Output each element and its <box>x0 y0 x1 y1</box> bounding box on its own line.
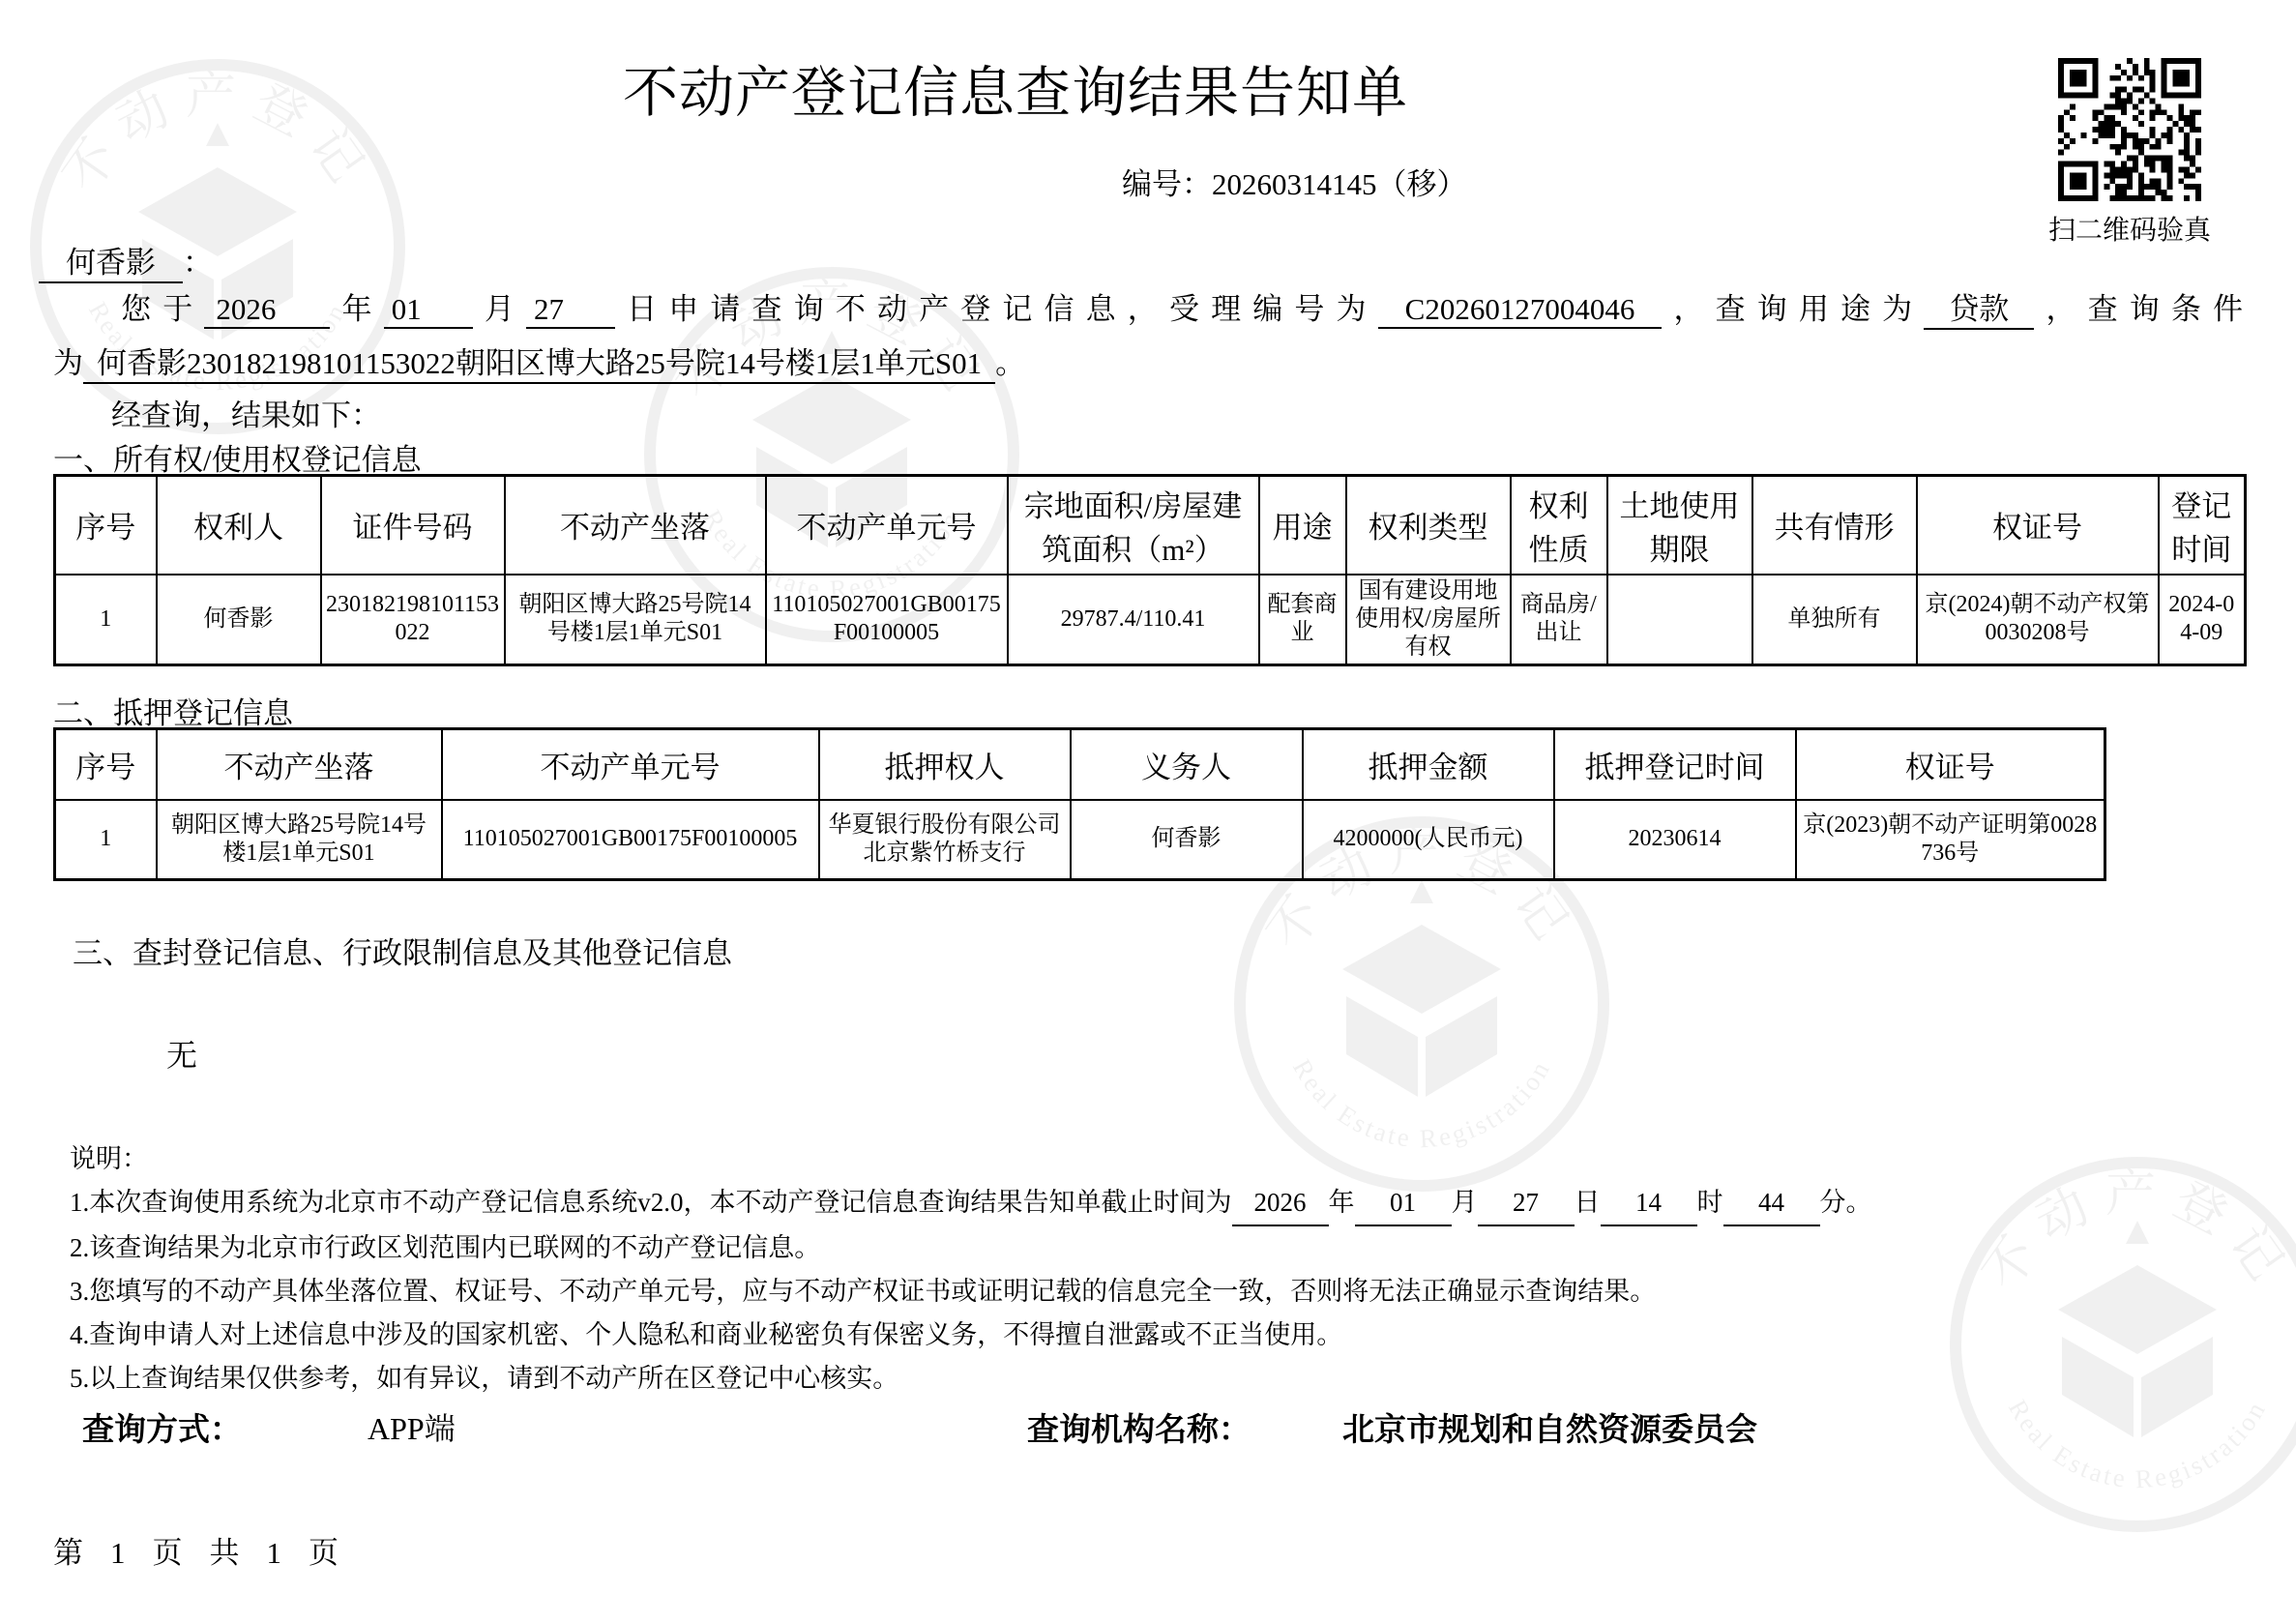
column-header: 序号 <box>55 729 157 800</box>
table-row: 1朝阳区博大路25号院14号楼1层1单元S01110105027001GB001… <box>55 800 2105 880</box>
section3-heading: 三、查封登记信息、行政限制信息及其他登记信息 <box>73 929 732 972</box>
table-cell: 京(2023)朝不动产证明第0028736号 <box>1796 800 2105 880</box>
note-text: 年 <box>1329 1188 1355 1217</box>
section2-heading: 二、抵押登记信息 <box>53 689 293 732</box>
note-text: 时 <box>1697 1188 1723 1217</box>
table-cell: 29787.4/110.41 <box>1008 575 1259 665</box>
table-cell: 京(2024)朝不动产权第0030208号 <box>1917 575 2159 665</box>
notes-title: 说明： <box>70 1137 2265 1181</box>
note-1: 1.本次查询使用系统为北京市不动产登记信息系统v2.0，本不动产登记信息查询结果… <box>70 1181 2265 1226</box>
document-number: 编号：20260314145（移） <box>1122 160 1467 203</box>
note-2: 2.该查询结果为北京市行政区划范围内已联网的不动产登记信息。 <box>70 1226 2265 1270</box>
table-cell: 110105027001GB00175F00100005 <box>442 800 819 880</box>
column-header: 不动产坐落 <box>505 476 766 575</box>
table-cell: 20230614 <box>1554 800 1796 880</box>
column-header: 不动产单元号 <box>442 729 819 800</box>
query-agency-label: 查询机构名称： <box>1027 1404 1251 1450</box>
query-method-label: 查询方式： <box>82 1404 242 1450</box>
pageno-text: 页 <box>153 1536 185 1570</box>
note-4: 4.查询申请人对上述信息中涉及的国家机密、个人隐私和商业秘密负有保密义务，不得擅… <box>70 1313 2265 1357</box>
column-header: 序号 <box>55 476 157 575</box>
column-header: 共有情形 <box>1752 476 1917 575</box>
column-header: 权利人 <box>157 476 321 575</box>
column-header: 用途 <box>1259 476 1346 575</box>
column-header: 权证号 <box>1917 476 2159 575</box>
apply-year: 2026 <box>204 292 330 329</box>
apply-day: 27 <box>526 292 615 329</box>
intro-line-1: 您于2026年01月27日申请查询不动产登记信息，受理编号为C202601270… <box>53 284 2243 330</box>
intro-text: ，查询条件 <box>2034 292 2243 326</box>
salutation: 何香影： <box>39 238 213 283</box>
document-number-value: 20260314145（移） <box>1212 167 1467 201</box>
salutation-colon: ： <box>183 246 213 280</box>
deadline-hour: 14 <box>1601 1181 1697 1226</box>
note-5: 5.以上查询结果仅供参考，如有异议，请到不动产所在区登记中心核实。 <box>70 1357 2265 1401</box>
note-text: 1.本次查询使用系统为北京市不动产登记信息系统v2.0，本不动产登记信息查询结果… <box>70 1188 1232 1217</box>
intro-text: 年 <box>330 292 383 326</box>
table-cell: 4200000(人民币元) <box>1303 800 1554 880</box>
mortgage-table-header-row: 序号不动产坐落不动产单元号抵押权人义务人抵押金额抵押登记时间权证号 <box>55 729 2105 800</box>
mortgage-table: 序号不动产坐落不动产单元号抵押权人义务人抵押金额抵押登记时间权证号 1朝阳区博大… <box>53 727 2106 881</box>
column-header: 宗地面积/房屋建筑面积（m²） <box>1008 476 1259 575</box>
intro-text: ，查询用途为 <box>1662 292 1924 326</box>
note-3: 3.您填写的不动产具体坐落位置、权证号、不动产单元号，应与不动产权证书或证明记载… <box>70 1270 2265 1313</box>
note-text: 分。 <box>1820 1188 1872 1217</box>
column-header: 权证号 <box>1796 729 2105 800</box>
column-header: 不动产坐落 <box>157 729 442 800</box>
query-purpose: 贷款 <box>1924 284 2034 330</box>
footer: 查询方式： APP端 查询机构名称： 北京市规划和自然资源委员会 <box>0 1404 2296 1453</box>
note-text: 日 <box>1575 1188 1601 1217</box>
table-cell <box>1607 575 1752 665</box>
table-cell: 何香影 <box>157 575 321 665</box>
salutation-name: 何香影 <box>39 238 183 283</box>
intro-text: 。 <box>995 346 1025 380</box>
column-header: 抵押权人 <box>819 729 1071 800</box>
apply-month: 01 <box>384 292 473 329</box>
table-cell: 商品房/出让 <box>1511 575 1607 665</box>
query-agency-value: 北京市规划和自然资源委员会 <box>1342 1404 1757 1450</box>
ownership-table: 序号权利人证件号码不动产坐落不动产单元号宗地面积/房屋建筑面积（m²）用途权利类… <box>53 474 2247 666</box>
query-method-value: APP端 <box>368 1404 456 1449</box>
page-title: 不动产登记信息查询结果告知单 <box>0 48 2031 128</box>
table-cell: 朝阳区博大路25号院14号楼1层1单元S01 <box>505 575 766 665</box>
page-number: 第1页共1页 <box>53 1528 366 1572</box>
table-cell: 配套商业 <box>1259 575 1346 665</box>
table-cell: 1 <box>55 575 157 665</box>
column-header: 权利类型 <box>1346 476 1511 575</box>
intro-text: 日申请查询不动产登记信息，受理编号为 <box>615 292 1378 326</box>
acceptance-number: C20260127004046 <box>1378 292 1663 329</box>
column-header: 抵押登记时间 <box>1554 729 1796 800</box>
table-cell: 2024-04-09 <box>2159 575 2246 665</box>
deadline-day: 27 <box>1478 1181 1575 1226</box>
intro-line-2: 为何香影230182198101153022朝阳区博大路25号院14号楼1层1单… <box>53 339 1025 384</box>
table-cell: 朝阳区博大路25号院14号楼1层1单元S01 <box>157 800 442 880</box>
deadline-month: 01 <box>1355 1181 1452 1226</box>
column-header: 义务人 <box>1071 729 1303 800</box>
note-text: 月 <box>1452 1188 1478 1217</box>
section1-heading: 一、所有权/使用权登记信息 <box>53 435 422 479</box>
table-row: 1何香影230182198101153022朝阳区博大路25号院14号楼1层1单… <box>55 575 2246 665</box>
column-header: 不动产单元号 <box>766 476 1008 575</box>
pageno-current: 1 <box>110 1536 128 1570</box>
column-header: 权利性质 <box>1511 476 1607 575</box>
ownership-table-header-row: 序号权利人证件号码不动产坐落不动产单元号宗地面积/房屋建筑面积（m²）用途权利类… <box>55 476 2246 575</box>
qr-caption: 扫二维码验真 <box>2033 209 2226 248</box>
table-cell: 1 <box>55 800 157 880</box>
qr-code <box>2058 58 2201 201</box>
pageno-text: 共 <box>210 1536 242 1570</box>
table-cell: 230182198101153022 <box>321 575 505 665</box>
table-cell: 110105027001GB00175F00100005 <box>766 575 1008 665</box>
document-page: 不动产登记 Real Estate Registration 不动产登记信息查询… <box>0 0 2296 1623</box>
deadline-year: 2026 <box>1232 1181 1329 1226</box>
intro-text: 您于 <box>109 292 204 326</box>
column-header: 登记时间 <box>2159 476 2246 575</box>
section3-content: 无 <box>166 1031 197 1076</box>
column-header: 土地使用期限 <box>1607 476 1752 575</box>
result-intro: 经查询，结果如下： <box>111 391 381 434</box>
table-cell: 华夏银行股份有限公司北京紫竹桥支行 <box>819 800 1071 880</box>
document-number-label: 编号： <box>1122 167 1212 201</box>
query-condition: 何香影230182198101153022朝阳区博大路25号院14号楼1层1单元… <box>83 339 995 384</box>
table-cell: 何香影 <box>1071 800 1303 880</box>
pageno-total: 1 <box>267 1536 284 1570</box>
pageno-text: 页 <box>309 1536 340 1570</box>
column-header: 证件号码 <box>321 476 505 575</box>
notes-block: 说明： 1.本次查询使用系统为北京市不动产登记信息系统v2.0，本不动产登记信息… <box>70 1137 2265 1401</box>
table-cell: 单独所有 <box>1752 575 1917 665</box>
table-cell: 国有建设用地使用权/房屋所有权 <box>1346 575 1511 665</box>
deadline-minute: 44 <box>1723 1181 1820 1226</box>
column-header: 抵押金额 <box>1303 729 1554 800</box>
pageno-text: 第 <box>53 1536 85 1570</box>
intro-text: 为 <box>53 346 83 380</box>
intro-text: 月 <box>473 292 526 326</box>
